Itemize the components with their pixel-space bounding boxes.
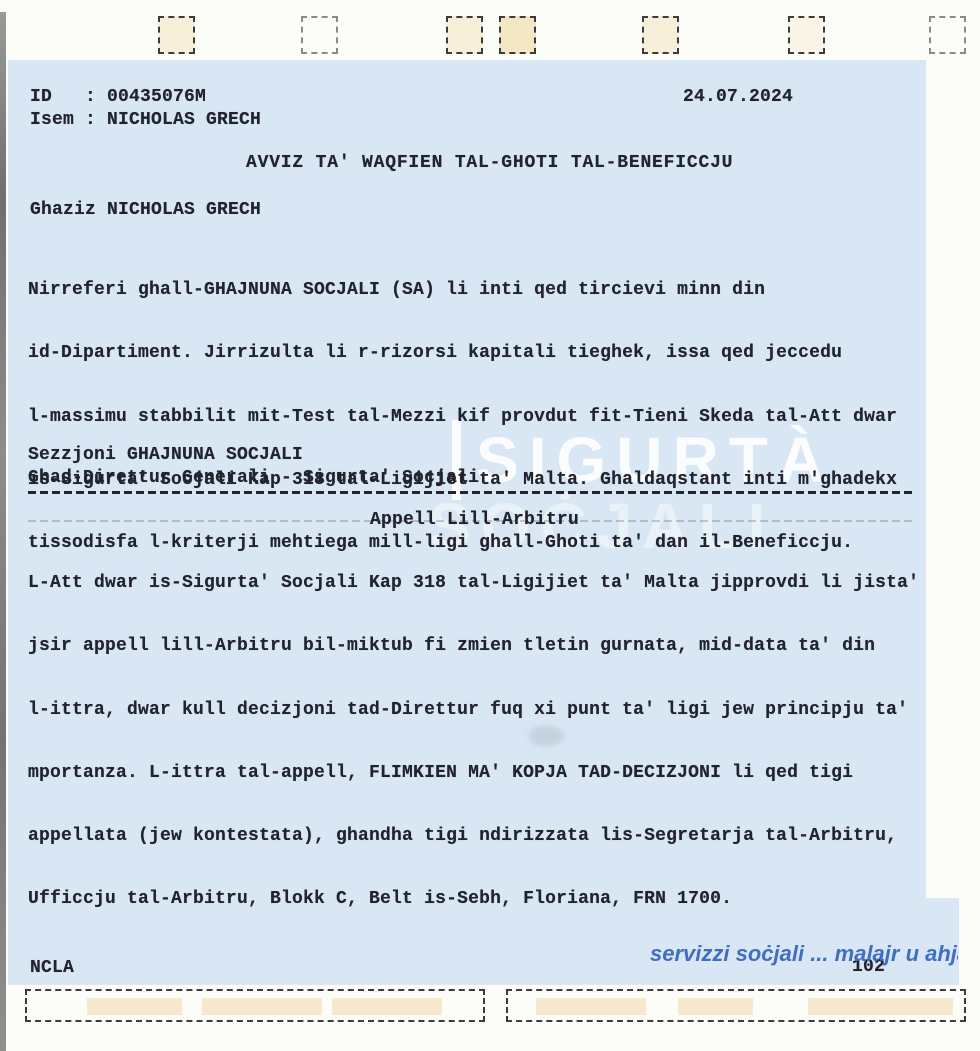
- paragraph-line: appellata (jew kontestata), ghandha tigi…: [28, 826, 919, 849]
- director-line: Ghad-Direttur Generali - Sigurta' Socjal…: [28, 468, 479, 488]
- paragraph-line: mportanza. L-ittra tal-appell, FLIMKIEN …: [28, 763, 919, 786]
- scanned-letter-page: SIGURTÀ SOĊJALI ID : 00435076M Isem : NI…: [0, 0, 980, 1051]
- paragraph-line: id-Dipartiment. Jirrizulta li r-rizorsi …: [28, 343, 897, 366]
- barcode-ink: [202, 998, 322, 1015]
- registration-mark: [499, 16, 536, 54]
- section-line: Sezzjoni GHAJNUNA SOCJALI: [28, 445, 303, 465]
- barcode-ink: [536, 998, 646, 1015]
- letter-date: 24.07.2024: [683, 87, 793, 107]
- paragraph-line: l-ittra, dwar kull decizjoni tad-Direttu…: [28, 700, 919, 723]
- barcode-box: [506, 989, 966, 1022]
- footer-code: NCLA: [30, 958, 74, 978]
- registration-mark: [642, 16, 679, 54]
- appeal-paragraph: L-Att dwar is-Sigurta' Socjali Kap 318 t…: [28, 533, 919, 953]
- dashed-separator: [28, 491, 916, 494]
- barcode-ink: [808, 998, 953, 1015]
- letter-title: AVVIZ TA' WAQFIEN TAL-GHOTI TAL-BENEFICC…: [246, 153, 733, 173]
- barcode-ink: [678, 998, 753, 1015]
- paragraph-line: L-Att dwar is-Sigurta' Socjali Kap 318 t…: [28, 573, 919, 596]
- registration-mark: [446, 16, 483, 54]
- greeting-line: Ghaziz NICHOLAS GRECH: [30, 200, 261, 220]
- registration-mark: [788, 16, 825, 54]
- paragraph-line: l-massimu stabbilit mit-Test tal-Mezzi k…: [28, 407, 897, 430]
- registration-mark: [929, 16, 966, 54]
- barcode-box: [25, 989, 485, 1022]
- registration-mark: [158, 16, 195, 54]
- paragraph-line: Nirreferi ghall-GHAJNUNA SOCJALI (SA) li…: [28, 280, 897, 303]
- id-line: ID : 00435076M: [30, 87, 206, 107]
- name-line: Isem : NICHOLAS GRECH: [30, 110, 261, 130]
- services-tagline: servizzi soċjali ... malajr u ahjar: [650, 941, 958, 967]
- paragraph-line: jsir appell lill-Arbitru bil-miktub fi z…: [28, 636, 919, 659]
- scanner-edge-shadow: [0, 12, 6, 1051]
- barcode-ink: [87, 998, 182, 1015]
- paragraph-line: Ufficcju tal-Arbitru, Blokk C, Belt is-S…: [28, 889, 919, 912]
- barcode-ink: [332, 998, 442, 1015]
- registration-mark: [301, 16, 338, 54]
- appeal-heading: Appell Lill-Arbitru: [370, 510, 579, 530]
